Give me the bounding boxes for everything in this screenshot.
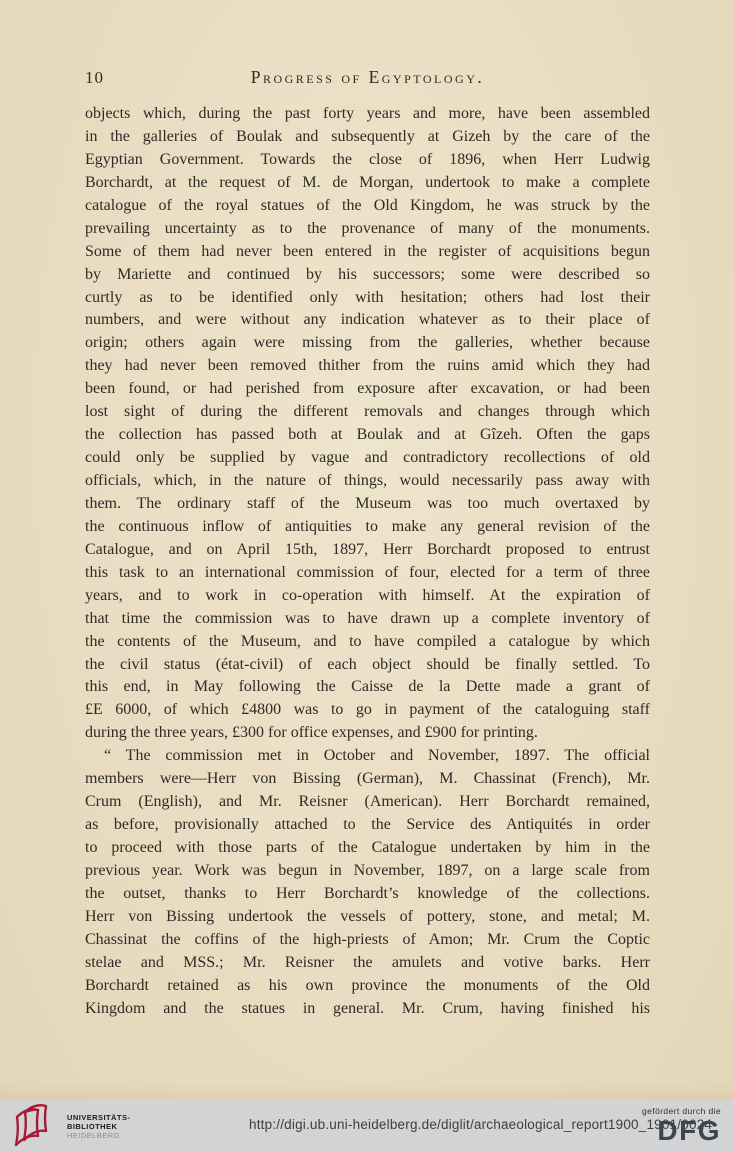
text-line: Chassinat the coffins of the high-priest…	[85, 929, 650, 952]
text-line: prevailing uncertainty as to the provena…	[85, 218, 650, 241]
text-line: Herr von Bissing undertook the vessels o…	[85, 906, 650, 929]
text-line: officials, which, in the nature of thing…	[85, 470, 650, 493]
text-line: by Mariette and continued by his success…	[85, 264, 650, 287]
running-title: Progress of Egyptology.	[85, 67, 650, 88]
text-line: stelae and MSS.; Mr. Reisner the amulets…	[85, 952, 650, 975]
text-line: that time the commission was to have dra…	[85, 608, 650, 631]
library-footer-bar: UNIVERSITÄTS- BIBLIOTHEK HEIDELBERG http…	[0, 1099, 734, 1152]
paragraph-1: objects which, during the past forty yea…	[85, 103, 650, 745]
dfg-wordmark: DFG	[642, 1117, 721, 1144]
text-line: Borchardt, at the request of M. de Morga…	[85, 172, 650, 195]
library-name: UNIVERSITÄTS- BIBLIOTHEK HEIDELBERG	[67, 1113, 130, 1140]
text-line: origin; others again were missing from t…	[85, 332, 650, 355]
page-text: objects which, during the past forty yea…	[85, 103, 650, 1021]
text-line: Some of them had never been entered in t…	[85, 241, 650, 264]
library-name-line: BIBLIOTHEK	[67, 1122, 130, 1131]
text-line: during the three years, £300 for office …	[85, 722, 650, 745]
page-scan: 10 Progress of Egyptology. objects which…	[0, 0, 734, 1152]
page-bottom-edge-shadow	[0, 1083, 734, 1099]
text-line: been found, or had perished from exposur…	[85, 378, 650, 401]
text-line: as before, provisionally attached to the…	[85, 814, 650, 837]
text-line: the continuous inflow of antiquities to …	[85, 516, 650, 539]
text-line: the collection has passed both at Boulak…	[85, 424, 650, 447]
text-line: the civil status (état-civil) of each ob…	[85, 654, 650, 677]
text-line: Crum (English), and Mr. Reisner (America…	[85, 791, 650, 814]
text-line: lost sight of during the different remov…	[85, 401, 650, 424]
paragraph-2: “ The commission met in October and Nove…	[85, 745, 650, 1020]
dfg-logo: gefördert durch die DFG	[642, 1106, 721, 1144]
text-line: objects which, during the past forty yea…	[85, 103, 650, 126]
text-line: numbers, and were without any indication…	[85, 309, 650, 332]
text-line: to proceed with those parts of the Catal…	[85, 837, 650, 860]
text-line: “ The commission met in October and Nove…	[85, 745, 650, 768]
text-line: this end, in May following the Caisse de…	[85, 676, 650, 699]
text-line: Catalogue, and on April 15th, 1897, Herr…	[85, 539, 650, 562]
text-line: could only be supplied by vague and cont…	[85, 447, 650, 470]
text-line: curtly as to be identified only with hes…	[85, 287, 650, 310]
ub-heidelberg-logo: UNIVERSITÄTS- BIBLIOTHEK HEIDELBERG	[12, 1104, 130, 1147]
text-line: years, and to work in co-operation with …	[85, 585, 650, 608]
library-name-line: UNIVERSITÄTS-	[67, 1113, 130, 1122]
text-line: this task to an international commission…	[85, 562, 650, 585]
text-line: catalogue of the royal statues of the Ol…	[85, 195, 650, 218]
text-line: Kingdom and the statues in general. Mr. …	[85, 998, 650, 1021]
open-book-icon	[12, 1104, 58, 1147]
text-line: in the galleries of Boulak and subsequen…	[85, 126, 650, 149]
text-line: previous year. Work was begun in Novembe…	[85, 860, 650, 883]
text-line: members were—Herr von Bissing (German), …	[85, 768, 650, 791]
text-line: £E 6000, of which £4800 was to go in pay…	[85, 699, 650, 722]
text-line: the contents of the Museum, and to have …	[85, 631, 650, 654]
library-name-line: HEIDELBERG	[67, 1131, 130, 1140]
text-line: the outset, thanks to Herr Borchardt’s k…	[85, 883, 650, 906]
text-line: them. The ordinary staff of the Museum w…	[85, 493, 650, 516]
text-line: Egyptian Government. Towards the close o…	[85, 149, 650, 172]
text-line: they had never been removed thither from…	[85, 355, 650, 378]
text-line: Borchardt retained as his own province t…	[85, 975, 650, 998]
